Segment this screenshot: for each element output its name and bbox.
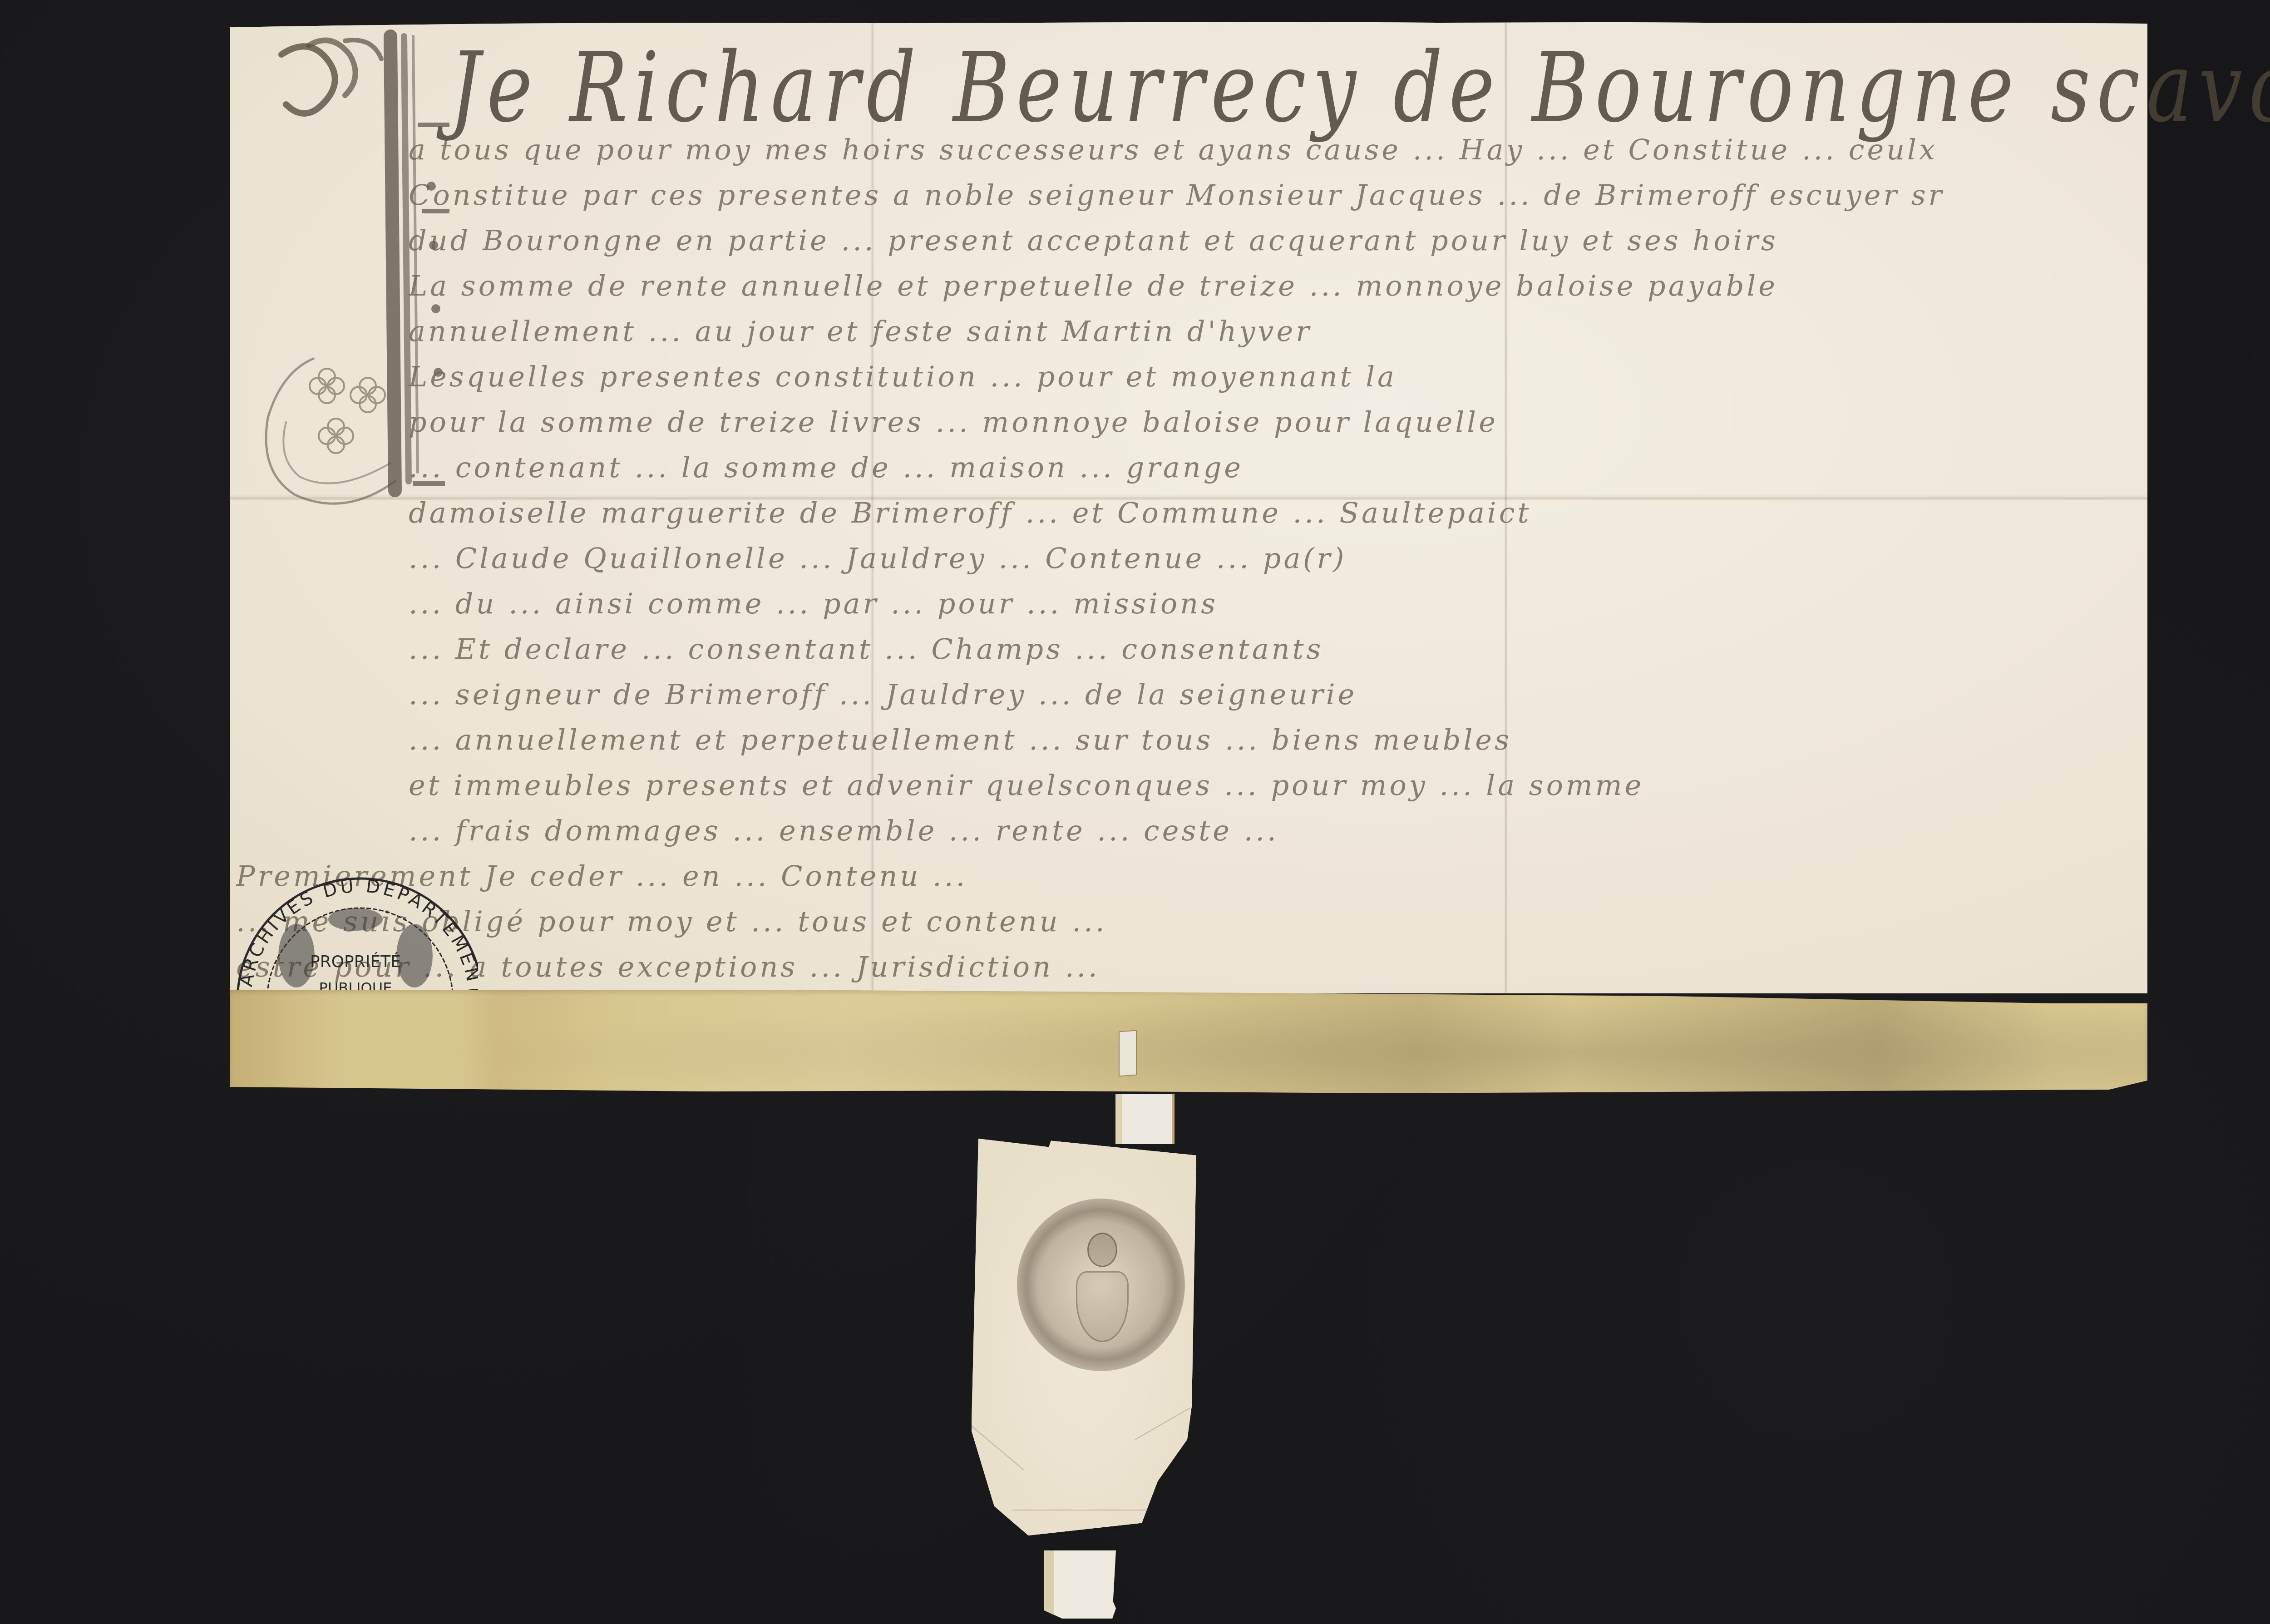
text-line: et immeubles presents et advenir quelsco… xyxy=(409,763,2125,808)
seal-fold-line xyxy=(1012,1510,1149,1510)
text-line: ... du ... ainsi comme ... par ... pour … xyxy=(409,581,2125,627)
text-line: Constitue par ces presentes a noble seig… xyxy=(409,173,2125,218)
text-line: damoiselle marguerite de Brimeroff ... e… xyxy=(409,490,2125,536)
charter-body-text: a tous que pour moy mes hoirs successeur… xyxy=(409,127,2125,1081)
seal-tag-lower xyxy=(1044,1550,1116,1619)
stamp-outer-text: ARCHIVES DU DEPARTEMENT xyxy=(236,876,478,997)
text-line: annuellement ... au jour et feste saint … xyxy=(409,309,2125,354)
text-line: pour la somme de treize livres ... monno… xyxy=(409,400,2125,445)
seal-helm-icon xyxy=(1087,1233,1117,1267)
text-line: ... seigneur de Brimeroff ... Jauldrey .… xyxy=(409,672,2125,717)
plica-slit xyxy=(1119,1030,1137,1077)
text-line: a tous que pour moy mes hoirs successeur… xyxy=(409,127,2125,173)
seal-tag-upper xyxy=(1115,1094,1174,1144)
text-line: ... me suis obligé pour moy et ... tous … xyxy=(236,899,2125,944)
stamp-inner-text: PROPRIÉTÉ xyxy=(310,952,401,971)
text-line: ... annuellement et perpetuellement ... … xyxy=(409,717,2125,763)
text-line: ... frais dommages ... ensemble ... rent… xyxy=(409,808,2125,854)
text-line: Lesquelles presentes constitution ... po… xyxy=(409,354,2125,400)
text-line: ... contenant ... la somme de ... maison… xyxy=(409,445,2125,490)
svg-text:ARCHIVES DU DEPARTEMENT: ARCHIVES DU DEPARTEMENT xyxy=(236,876,478,997)
text-line: La somme de rente annuelle et perpetuell… xyxy=(409,263,2125,309)
text-line: Premierement Je ceder ... en ... Contenu… xyxy=(236,854,2125,899)
text-line: ... Claude Quaillonelle ... Jauldrey ...… xyxy=(409,536,2125,581)
text-line: estre pour ... a toutes exceptions ... J… xyxy=(236,944,2125,990)
folded-plica xyxy=(230,990,2147,1095)
text-line: ... Et declare ... consentant ... Champs… xyxy=(409,627,2125,672)
text-line: dud Bourongne en partie ... present acce… xyxy=(409,218,2125,263)
archive-stamp-icon: ARCHIVES DU DEPARTEMENT PROPRIÉTÉ PUBLIQ… xyxy=(233,865,478,997)
